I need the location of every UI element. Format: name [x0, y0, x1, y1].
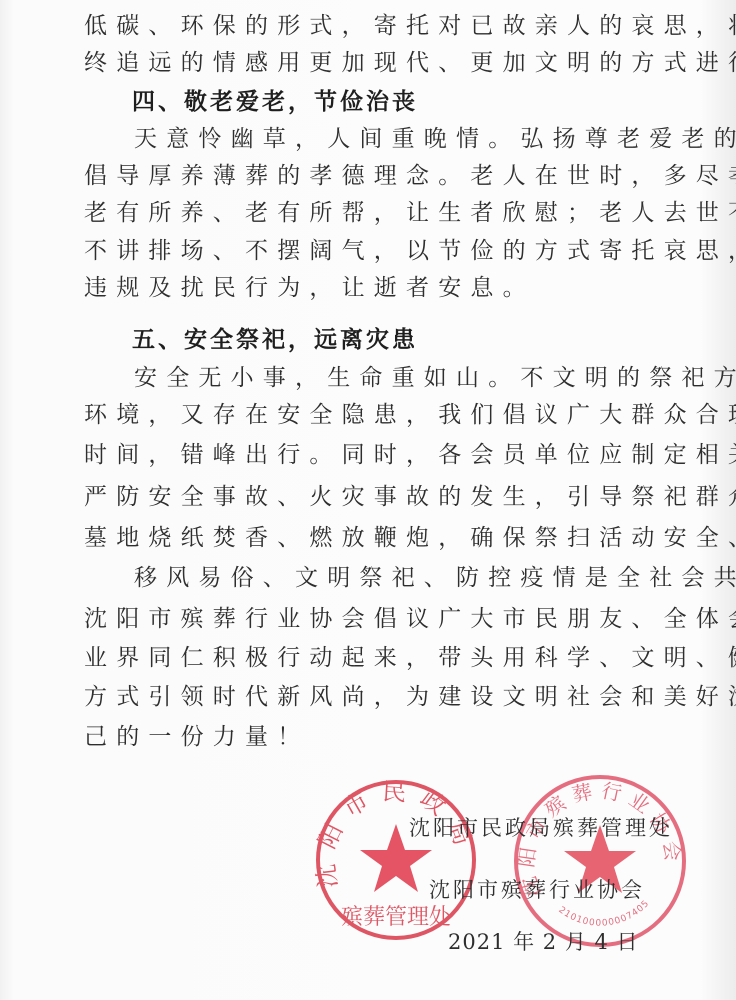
body-line: 移风易俗、文明祭祀、防控疫情是全社会共同的责任，	[134, 563, 724, 593]
stamp-bottom-text: 殡葬管理处	[341, 905, 451, 930]
body-line: 倡导厚养薄葬的孝德理念。老人在世时，多尽孝道，做到	[84, 161, 674, 191]
body-line: 低碳、环保的形式，寄托对已故亲人的哀思，将中华民族慎	[84, 11, 674, 41]
body-line: 方式引领时代新风尚，为建设文明社会和美好沈阳贡献自	[84, 682, 674, 712]
body-line: 终追远的情感用更加现代、更加文明的方式进行表达。	[84, 48, 674, 78]
body-line: 业界同仁积极行动起来，带头用科学、文明、健康的生活	[84, 643, 674, 673]
stamp-civil-affairs: 沈阳市民政局 殡葬管理处	[314, 778, 478, 942]
body-line: 天意怜幽草，人间重晚情。弘扬尊老爱老的传统美德，	[134, 124, 724, 154]
body-line: 己的一份力量！	[84, 722, 674, 752]
signature-date: 2021 年 2 月 4 日	[448, 926, 639, 956]
body-line: 时间，错峰出行。同时，各会员单位应制定相关安全预案，	[84, 440, 674, 470]
body-line: 沈阳市殡葬行业协会倡议广大市民朋友、全体会员单位和	[84, 604, 674, 634]
signature-org-1: 沈阳市民政局殡葬管理处	[409, 812, 673, 842]
signature-org-2: 沈阳市殡葬行业协会	[429, 874, 645, 904]
body-line: 违规及扰民行为，让逝者安息。	[84, 273, 674, 303]
body-line: 环境，又存在安全隐患，我们倡议广大群众合理安排祭祀	[84, 400, 674, 430]
section-heading-4: 四、敬老爱老，节俭治丧	[132, 87, 722, 117]
body-line: 安全无小事，生命重如山。不文明的祭祀方式即污染	[134, 363, 724, 393]
body-line: 老有所养、老有所帮，让生者欣慰；老人去世不搞攀比、	[84, 198, 674, 228]
body-line: 严防安全事故、火灾事故的发生，引导祭祀群众不在林地、	[84, 482, 674, 512]
section-heading-5: 五、安全祭祀，远离灾患	[132, 325, 722, 355]
body-line: 不讲排场、不摆阔气，以节俭的方式寄托哀思，杜绝一切	[84, 236, 674, 266]
stamp-funeral-association: 沈阳市殡葬行业协会 2101000000074056	[512, 773, 688, 949]
document-page: 低碳、环保的形式，寄托对已故亲人的哀思，将中华民族慎 终追远的情感用更加现代、更…	[0, 0, 736, 1000]
body-line: 墓地烧纸焚香、燃放鞭炮，确保祭扫活动安全、有序进行。	[84, 523, 674, 553]
